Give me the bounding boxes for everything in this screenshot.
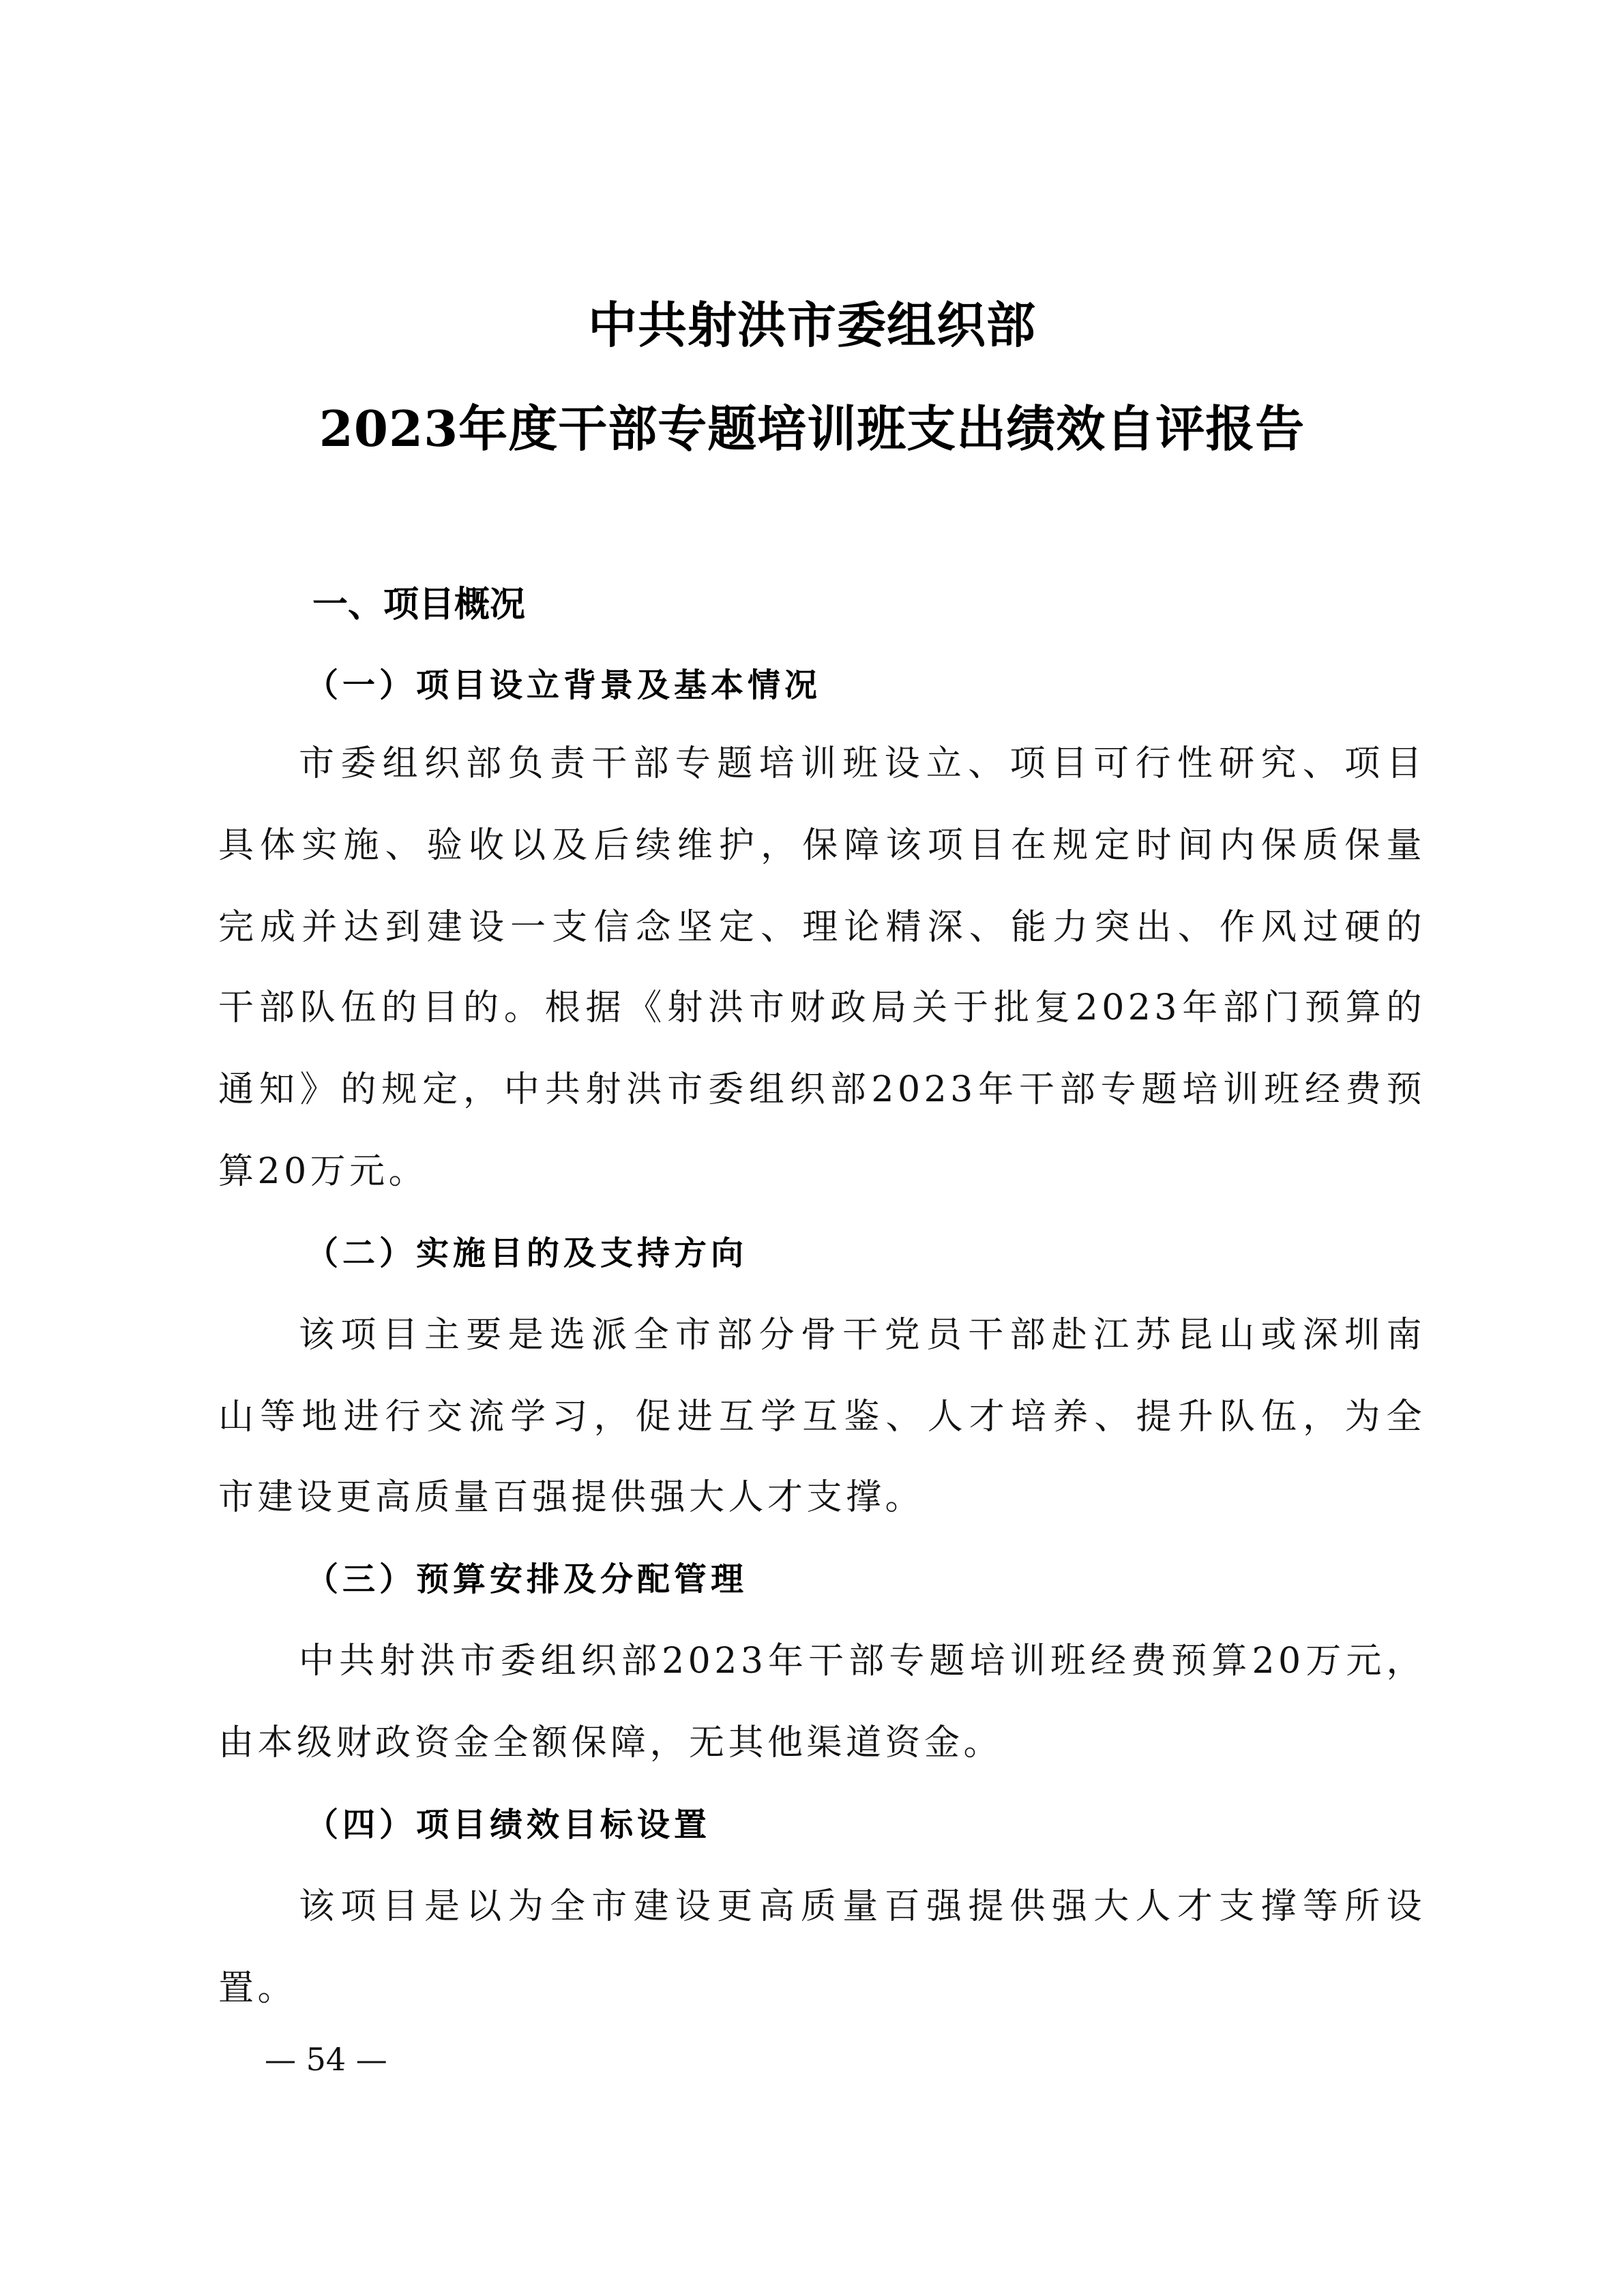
paragraph-line: 干部队伍的目的。根据《射洪市财政局关于批复2023年部门预算的 bbox=[218, 984, 1426, 1032]
document-title-line-2: 2023年度干部专题培训班支出绩效自评报告 bbox=[0, 398, 1624, 460]
paragraph-line: 山等地进行交流学习，促进互学互鉴、人才培养、提升队伍，为全 bbox=[218, 1393, 1426, 1441]
paragraph-line: 置。 bbox=[218, 1965, 1426, 2012]
subsection-heading-budget: （三）预算安排及分配管理 bbox=[306, 1555, 748, 1603]
subsection-heading-background: （一）项目设立背景及基本情况 bbox=[306, 661, 821, 709]
paragraph-line: 具体实施、验收以及后续维护，保障该项目在规定时间内保质保量 bbox=[218, 822, 1426, 869]
section-heading-project-overview: 一、项目概况 bbox=[312, 581, 525, 629]
paragraph-line: 由本级财政资金全额保障，无其他渠道资金。 bbox=[218, 1719, 1426, 1767]
document-title-line-1: 中共射洪市委组织部 bbox=[0, 295, 1624, 356]
subsection-heading-purpose: （二）实施目的及支持方向 bbox=[306, 1229, 748, 1277]
paragraph-line: 该项目是以为全市建设更高质量百强提供强大人才支撑等所设 bbox=[299, 1883, 1426, 1930]
paragraph-line: 市建设更高质量百强提供强大人才支撑。 bbox=[218, 1474, 1426, 1521]
paragraph-line: 中共射洪市委组织部2023年干部专题培训班经费预算20万元， bbox=[299, 1637, 1426, 1685]
paragraph-line: 算20万元。 bbox=[218, 1148, 1426, 1195]
document-page: 中共射洪市委组织部 2023年度干部专题培训班支出绩效自评报告 一、项目概况 （… bbox=[0, 0, 1624, 2296]
paragraph-line: 完成并达到建设一支信念坚定、理论精深、能力突出、作风过硬的 bbox=[218, 904, 1426, 951]
subsection-heading-performance-goals: （四）项目绩效目标设置 bbox=[306, 1801, 711, 1849]
page-number: — 54 — bbox=[265, 2039, 387, 2080]
paragraph-line: 该项目主要是选派全市部分骨干党员干部赴江苏昆山或深圳南 bbox=[299, 1311, 1426, 1359]
paragraph-line: 市委组织部负责干部专题培训班设立、项目可行性研究、项目 bbox=[299, 740, 1426, 788]
paragraph-line: 通知》的规定，中共射洪市委组织部2023年干部专题培训班经费预 bbox=[218, 1066, 1426, 1114]
